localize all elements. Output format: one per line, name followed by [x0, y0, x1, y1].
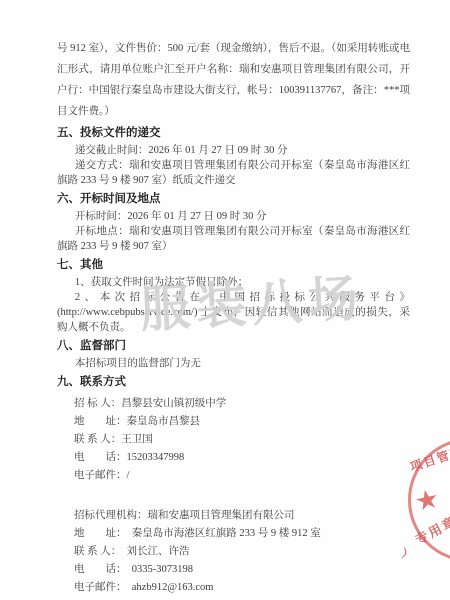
agency-phone-row: 电 话： 0335-3073198 [74, 561, 410, 579]
section8-line-supervisor: 本招标项目的监督部门为无 [57, 356, 410, 371]
section6-line-place: 开标地点：瑞和安惠项目管理集团有限公司开标室（秦皇岛市海港区红旗路 233 号 … [57, 224, 410, 254]
section5-line-deadline: 递交截止时间：2026 年 01 月 27 日 09 时 30 分 [57, 143, 410, 158]
tenderer-name-row: 招 标 人：昌黎县安山镇初级中学 [74, 395, 410, 413]
section-heading-9: 九、联系方式 [57, 374, 410, 390]
agency-name-row: 招标代理机构：瑞和安惠项目管理集团有限公司 [74, 507, 410, 525]
contact-blocks-divider [57, 485, 410, 502]
seal-edge-mark: ） [400, 545, 415, 563]
tenderer-address-row: 地 址：秦皇岛市昌黎县 [74, 413, 410, 431]
watermark-text: 服装八场 [138, 258, 365, 342]
section-heading-6: 六、开标时间及地点 [57, 191, 410, 207]
document-page: 号 912 室），文件售价：500 元/套（现金缴纳），售后不退。（如采用转账或… [0, 0, 450, 600]
company-seal-stamp: 项目管理 ★ 专用章 ） [408, 438, 450, 562]
section-heading-8: 八、监督部门 [57, 338, 410, 354]
agency-contact-block: 招标代理机构：瑞和安惠项目管理集团有限公司 地 址： 秦皇岛市海港区红旗路 23… [57, 507, 410, 597]
section-heading-5: 五、投标文件的递交 [57, 125, 410, 141]
agency-contact-person-row: 联 系 人： 刘长江、许浩 [74, 543, 410, 561]
intro-paragraph: 号 912 室），文件售价：500 元/套（现金缴纳），售后不退。（如采用转账或… [57, 38, 410, 122]
tenderer-email-row: 电子邮件：/ [74, 467, 410, 485]
agency-address-row: 地 址： 秦皇岛市海港区红旗路 233 号 9 楼 912 室 [74, 525, 410, 543]
tenderer-contact-block: 招 标 人：昌黎县安山镇初级中学 地 址：秦皇岛市昌黎县 联 系 人：王卫国 电… [57, 395, 410, 485]
tenderer-contact-person-row: 联 系 人：王卫国 [74, 431, 410, 449]
tenderer-phone-row: 电 话：15203347998 [74, 449, 410, 467]
section5-line-method: 递交方式：瑞和安惠项目管理集团有限公司开标室（秦皇岛市海港区红旗路 233 号 … [57, 158, 410, 188]
section6-line-time: 开标时间：2026 年 01 月 27 日 09 时 30 分 [57, 209, 410, 224]
agency-email-row: 电子邮件： ahzb912@163.com [74, 579, 410, 597]
